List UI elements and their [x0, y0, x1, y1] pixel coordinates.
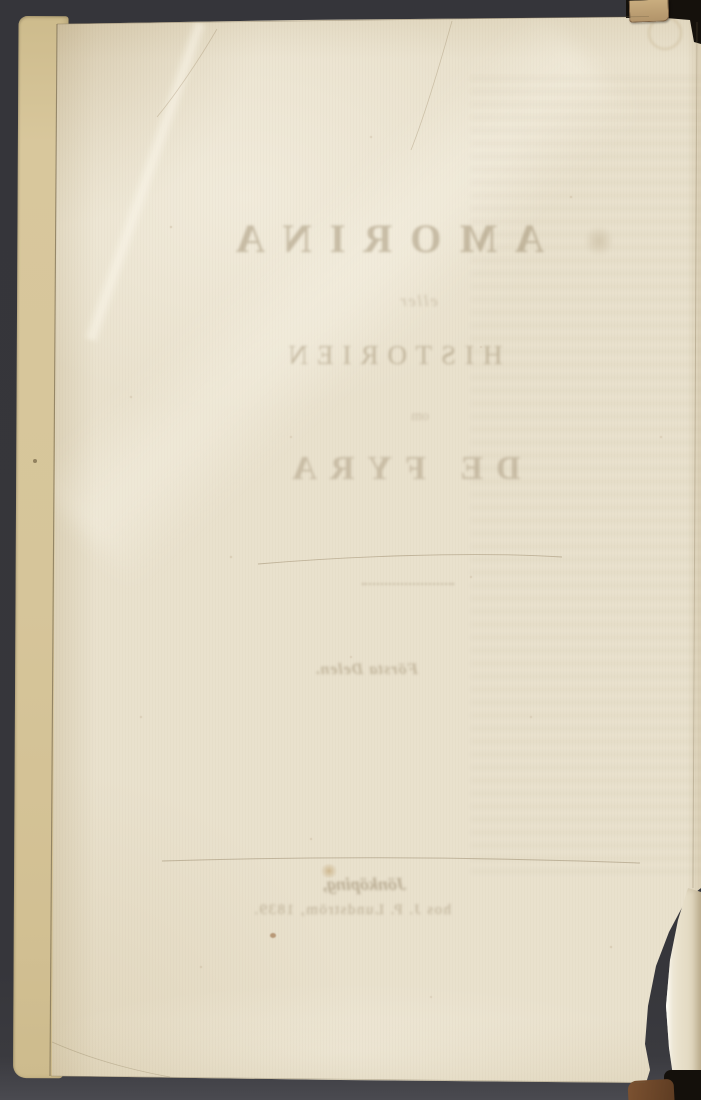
bleedthrough-imprint-publisher: hos J. P. Lundström, 1839. — [248, 903, 456, 918]
scanned-book-page-photo: AMORINA eller HISTORIEN om DE FYRA Först… — [0, 0, 701, 1100]
tape-fragment — [629, 0, 670, 23]
corner-crease-band — [82, 20, 208, 343]
under-page-speck — [33, 459, 37, 463]
bleedthrough-imprint-city: Jönköping, — [318, 875, 410, 893]
bleedthrough-title: AMORINA — [215, 219, 547, 259]
blank-verso-page: AMORINA eller HISTORIEN om DE FYRA Först… — [50, 16, 701, 1083]
bleedthrough-connector1: eller — [386, 294, 450, 310]
leather-binding-corner — [627, 1079, 674, 1100]
bleedthrough-edition: Första Delen. — [318, 662, 418, 678]
foxing-speck — [270, 933, 276, 938]
bleedthrough-line2: HISTORIEN — [260, 342, 522, 369]
bleedthrough-line3: DE FYRA — [268, 452, 532, 486]
ink-blob-stain — [586, 224, 612, 258]
bleedthrough-ornament — [362, 583, 454, 586]
foxing-spot — [320, 864, 338, 878]
bleedthrough-connector2: om — [408, 410, 432, 424]
